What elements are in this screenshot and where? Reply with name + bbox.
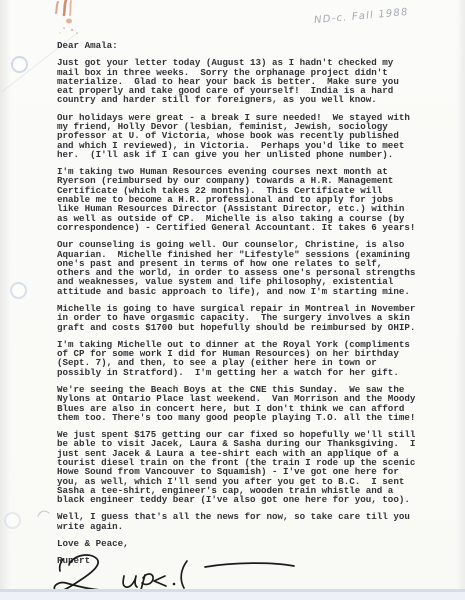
paragraph: I'm taking Michelle out to dinner at the…: [57, 340, 449, 377]
salutation: Dear Amala:: [57, 41, 449, 50]
paragraph: Our counseling is going well. Our counse…: [57, 240, 449, 296]
stamp-mark-icon: [52, 0, 88, 38]
letter-body: Dear Amala: Just got your letter today (…: [57, 41, 449, 565]
hole-punch: [11, 56, 28, 73]
archival-date-note: ND-c. Fall 1988: [314, 7, 409, 26]
paragraph: Just got your letter today (August 13) a…: [57, 58, 449, 105]
page-right-edge: [458, 0, 465, 600]
hole-punch: [10, 282, 27, 299]
pencil-mark: [36, 504, 52, 522]
paragraph: Well, I guess that's all the news for no…: [57, 512, 449, 531]
paragraph: Michelle is going to have surgical repai…: [57, 304, 449, 332]
paragraph: Our holidays were great - a break I sure…: [57, 113, 449, 160]
closing-valediction: Love & Peace,: [57, 539, 449, 548]
scan-background-strip: [0, 592, 465, 600]
hole-punch: [4, 512, 21, 529]
paragraph: We're seeing the Beach Boys at the CNE t…: [57, 385, 449, 422]
paragraph: I'm taking two Human Resources evening c…: [57, 167, 449, 232]
paragraph: We just spent $175 getting our car fixed…: [57, 430, 449, 505]
scanned-letter-page: ND-c. Fall 1988 Dear Amala: Just got you…: [0, 0, 465, 600]
